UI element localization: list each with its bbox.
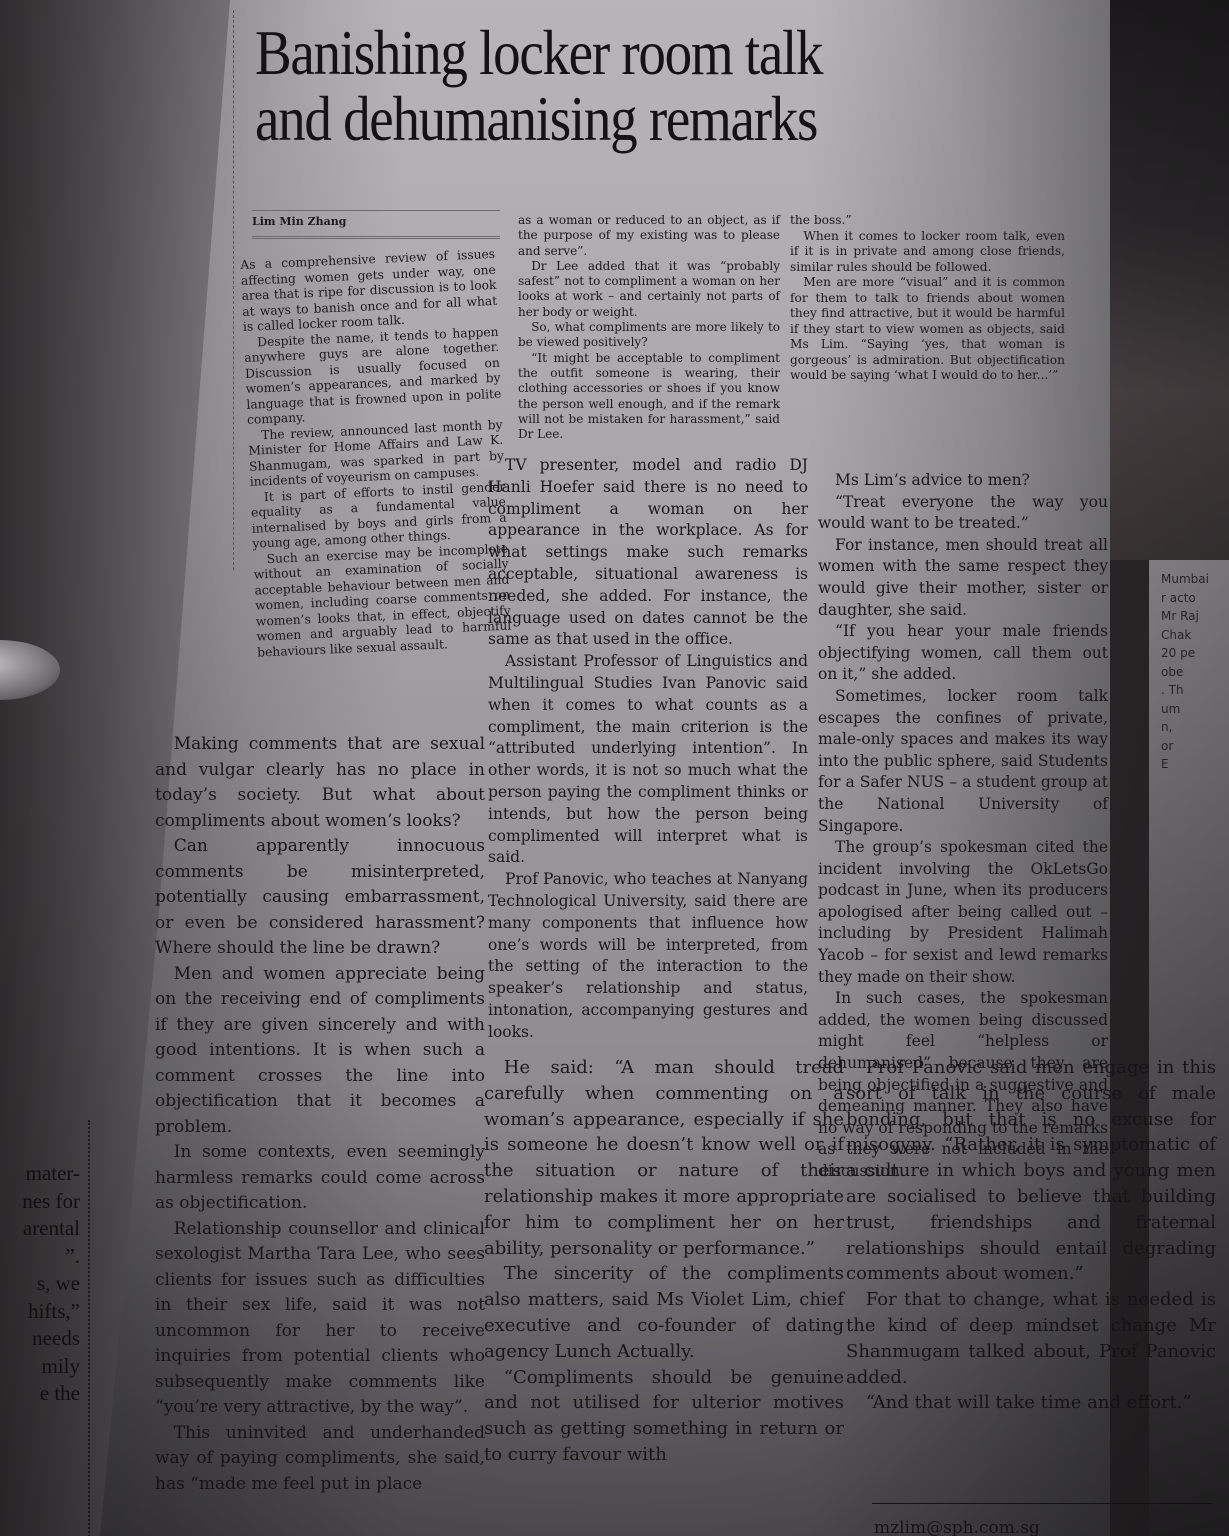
background-photo	[1109, 0, 1229, 560]
paragraph: the boss.”	[790, 213, 1065, 229]
paragraph: Despite the name, it tends to happen any…	[243, 324, 502, 428]
paragraph: Ms Lim’s advice to men?	[818, 470, 1108, 492]
paragraph: When it comes to locker room talk, even …	[790, 229, 1065, 276]
byline-block: Lim Min Zhang	[252, 210, 500, 239]
article-column-3-top: the boss.” When it comes to locker room …	[790, 213, 1065, 384]
paragraph: The group’s spokesman cited the incident…	[818, 837, 1108, 988]
background-object	[0, 640, 60, 700]
article-column-2-bottom: He said: “A man should tread carefully w…	[484, 1055, 844, 1468]
article-column-1-top: As a comprehensive review of issues affe…	[240, 247, 512, 661]
paragraph: It is part of efforts to instil gender e…	[250, 479, 507, 552]
paragraph: The sincerity of the compliments also ma…	[484, 1261, 844, 1364]
article-column-3-bottom: Prof Panovic said men engage in this sor…	[846, 1055, 1216, 1416]
paragraph: Men and women appreciate being on the re…	[155, 962, 485, 1141]
article-headline: Banishing locker room talk and dehumanis…	[255, 20, 926, 152]
paragraph: This uninvited and underhanded way of pa…	[155, 1421, 485, 1498]
author-email: mzlim@sph.com.sg	[874, 1518, 1040, 1536]
byline: Lim Min Zhang	[252, 211, 500, 234]
paragraph: TV presenter, model and radio DJ Hanli H…	[488, 455, 808, 651]
paragraph: So, what compliments are more likely to …	[518, 320, 780, 351]
paragraph: “If you hear your male friends objectify…	[818, 621, 1108, 686]
paragraph: Sometimes, locker room talk escapes the …	[818, 686, 1108, 837]
paragraph: He said: “A man should tread carefully w…	[484, 1055, 844, 1261]
column-divider	[88, 1120, 90, 1536]
paragraph: Dr Lee added that it was “probably safes…	[518, 259, 780, 320]
paragraph: In some contexts, even seemingly harmles…	[155, 1140, 485, 1217]
paragraph: For instance, men should treat all women…	[818, 535, 1108, 621]
paragraph: Men are more “visual” and it is common f…	[790, 275, 1065, 384]
paragraph: Assistant Professor of Linguistics and M…	[488, 651, 808, 869]
article-column-1-bottom: Making comments that are sexual and vulg…	[155, 732, 485, 1497]
signoff-rule	[872, 1503, 1212, 1504]
article-column-2-top: as a woman or reduced to an object, as i…	[518, 213, 780, 442]
column-divider	[233, 10, 234, 570]
paragraph: Prof Panovic said men engage in this sor…	[846, 1055, 1216, 1287]
paragraph: Prof Panovic, who teaches at Nanyang Tec…	[488, 869, 808, 1043]
byline-rule	[252, 236, 500, 239]
paragraph: Making comments that are sexual and vulg…	[155, 732, 485, 834]
paragraph: Can apparently innocuous comments be mis…	[155, 834, 485, 962]
paragraph: “It might be acceptable to compliment th…	[518, 351, 780, 443]
article-column-2-middle: TV presenter, model and radio DJ Hanli H…	[488, 455, 808, 1044]
adjacent-text-fragment-right: Mumbai r acto Mr Raj Chak 20 pe obe . Th…	[1161, 570, 1209, 774]
paragraph: Relationship counsellor and clinical sex…	[155, 1217, 485, 1421]
paragraph: Such an exercise may be incomplete witho…	[253, 541, 512, 661]
paragraph: “Treat everyone the way you would want t…	[818, 492, 1108, 535]
paragraph: “Compliments should be genuine and not u…	[484, 1365, 844, 1468]
paragraph: As a comprehensive review of issues affe…	[240, 247, 498, 336]
paragraph: For that to change, what is needed is th…	[846, 1287, 1216, 1390]
paragraph: as a woman or reduced to an object, as i…	[518, 213, 780, 259]
adjacent-text-fragment-left: mater- nes for arental ”. s, we hifts,” …	[0, 1160, 80, 1408]
paragraph: “And that will take time and effort.”	[846, 1390, 1216, 1416]
paragraph: The review, announced last month by Mini…	[247, 417, 504, 490]
